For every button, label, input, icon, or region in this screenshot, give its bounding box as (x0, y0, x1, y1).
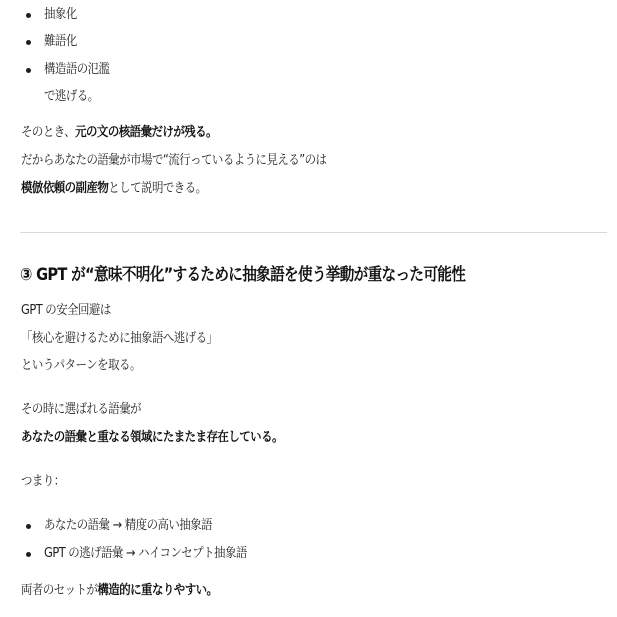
bullet-icon (26, 40, 31, 45)
paragraph-line: あなたの語彙と重なる領域にたまたま存在している。 (21, 429, 283, 447)
list-item-label: 構造語の氾濫 (44, 61, 109, 79)
text-bold: あなたの語彙と重なる領域にたまたま存在している。 (21, 430, 283, 445)
list-item-label: GPT の逃げ語彙 → ハイコンセプト抽象語 (44, 545, 247, 563)
text-plain: 両者のセットが (21, 583, 97, 598)
paragraph-line: そのとき、元の文の核語彙だけが残る。 (21, 124, 217, 142)
paragraph-line: 模倣依頼の副産物として説明できる。 (21, 180, 207, 198)
horizontal-divider (20, 232, 607, 233)
paragraph-line: 「核心を避けるために抽象語へ逃げる」 (21, 330, 217, 348)
list-item-label: あなたの語彙 → 精度の高い抽象語 (44, 517, 212, 535)
paragraph-line: というパターンを取る。 (21, 357, 141, 375)
list-continuation: で逃げる。 (44, 88, 99, 106)
summary-label: つまり： (21, 473, 65, 491)
list-item: あなたの語彙 → 精度の高い抽象語 (26, 517, 235, 535)
bullet-icon (26, 524, 31, 529)
paragraph-line: 両者のセットが構造的に重なりやすい。 (21, 582, 217, 600)
text-bold: 元の文の核語彙だけが残る。 (75, 125, 217, 140)
list-item: 難語化 (26, 33, 81, 51)
list-item: GPT の逃げ語彙 → ハイコンセプト抽象語 (26, 545, 274, 563)
list-item: 抽象化 (26, 6, 81, 24)
bullet-icon (26, 68, 31, 73)
paragraph-line: だからあなたの語彙が市場で“流行っているように見える”のは (21, 152, 326, 170)
bullet-icon (26, 13, 31, 18)
text-plain: として説明できる。 (108, 181, 206, 196)
list-item: 構造語の氾濫 (26, 61, 118, 79)
paragraph-line: その時に選ばれる語彙が (21, 401, 141, 419)
bullet-icon (26, 552, 31, 557)
text-plain: そのとき、 (21, 125, 75, 140)
section-heading: ③ GPT が“意味不明化”するために抽象語を使う挙動が重なった可能性 (20, 264, 465, 286)
paragraph-line: GPT の安全回避は (21, 302, 111, 320)
text-bold: 構造的に重なりやすい。 (97, 583, 217, 598)
list-item-label: 抽象化 (44, 6, 77, 24)
text-bold: 模倣依頼の副産物 (21, 181, 108, 196)
list-item-label: 難語化 (44, 33, 77, 51)
